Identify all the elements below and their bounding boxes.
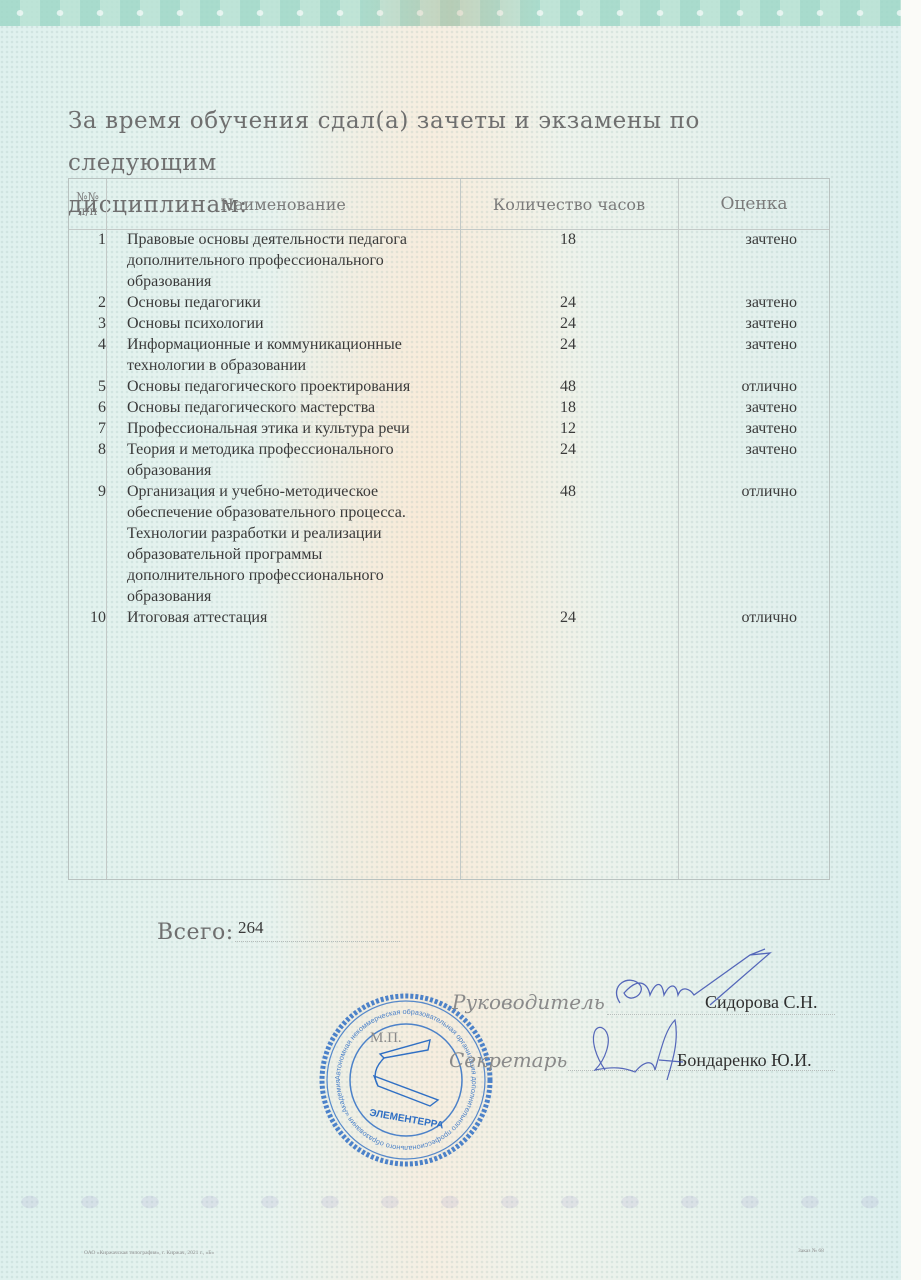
- heading-line-1: За время обучения сдал(а) зачеты и экзам…: [68, 100, 838, 184]
- discipline-grade: зачтено: [649, 397, 801, 418]
- discipline-hours: 18: [451, 397, 649, 418]
- row-number: 9: [69, 481, 106, 607]
- discipline-name: Теория и методика профессиональногообраз…: [106, 439, 451, 481]
- row-number: 5: [69, 376, 106, 397]
- svg-text:ЭЛЕМЕНТЕРРА: ЭЛЕМЕНТЕРРА: [368, 1108, 444, 1132]
- header-number: №№ п/п: [69, 179, 106, 229]
- discipline-hours: 18: [451, 229, 649, 292]
- table-row: 4Информационные и коммуникационныетехнол…: [69, 334, 829, 376]
- table-row: 7Профессиональная этика и культура речи1…: [69, 418, 829, 439]
- discipline-grade: зачтено: [649, 439, 801, 481]
- discipline-hours: 12: [451, 418, 649, 439]
- row-number: 3: [69, 313, 106, 334]
- discipline-hours: 48: [451, 376, 649, 397]
- secretary-name: Бондаренко Ю.И.: [677, 1050, 812, 1071]
- discipline-name: Основы педагогического мастерства: [106, 397, 451, 418]
- header-name: Наименование: [106, 179, 460, 229]
- table-row: 6Основы педагогического мастерства18зачт…: [69, 397, 829, 418]
- discipline-grade: отлично: [649, 376, 801, 397]
- discipline-name: Правовые основы деятельности педагогадоп…: [106, 229, 451, 292]
- table-row: 9Организация и учебно-методическоеобеспе…: [69, 481, 829, 607]
- row-number: 2: [69, 292, 106, 313]
- discipline-grade: зачтено: [649, 292, 801, 313]
- printer-imprint: ОАО «Кирж­ачская типография», г. Киржач,…: [84, 1250, 214, 1256]
- table-header-row: №№ п/п Наименование Количество часов Оце…: [69, 179, 829, 230]
- table-row: 3Основы психологии24зачтено: [69, 313, 829, 334]
- table-row: 5Основы педагогического проектирования48…: [69, 376, 829, 397]
- decorative-top-border: [0, 0, 901, 26]
- discipline-grade: зачтено: [649, 418, 801, 439]
- order-number: Заказ № 68: [798, 1248, 824, 1254]
- discipline-hours: 24: [451, 607, 649, 628]
- discipline-hours: 48: [451, 481, 649, 607]
- discipline-grade: зачтено: [649, 313, 801, 334]
- decorative-watermark: [0, 1190, 901, 1240]
- discipline-grade: зачтено: [649, 334, 801, 376]
- row-number: 7: [69, 418, 106, 439]
- discipline-name: Основы педагогики: [106, 292, 451, 313]
- table-row: 10Итоговая аттестация24отлично: [69, 607, 829, 628]
- secretary-signature-icon: [575, 1010, 695, 1100]
- header-grade: Оценка: [678, 179, 830, 229]
- discipline-grade: отлично: [649, 607, 801, 628]
- discipline-name: Итоговая аттестация: [106, 607, 451, 628]
- table-row: 2Основы педагогики24зачтено: [69, 292, 829, 313]
- discipline-grade: отлично: [649, 481, 801, 607]
- discipline-hours: 24: [451, 313, 649, 334]
- discipline-hours: 24: [451, 439, 649, 481]
- total-hours-value: 264: [235, 918, 400, 942]
- secretary-role-label: Секретарь: [449, 1048, 567, 1072]
- header-hours: Количество часов: [460, 179, 678, 229]
- disciplines-table: №№ п/п Наименование Количество часов Оце…: [68, 178, 830, 880]
- discipline-hours: 24: [451, 334, 649, 376]
- discipline-name: Информационные и коммуникационныетехноло…: [106, 334, 451, 376]
- document-page: За время обучения сдал(а) зачеты и экзам…: [0, 0, 901, 1280]
- row-number: 10: [69, 607, 106, 628]
- row-number: 8: [69, 439, 106, 481]
- table-row: 8Теория и методика профессиональногообра…: [69, 439, 829, 481]
- seal-place-label: М.П.: [370, 1030, 402, 1047]
- table-body: 1Правовые основы деятельности педагогадо…: [69, 229, 829, 628]
- svg-text:Автономная некоммерческая обра: Автономная некоммерческая образовательна…: [318, 992, 479, 1153]
- discipline-hours: 24: [451, 292, 649, 313]
- official-seal-stamp: Автономная некоммерческая образовательна…: [318, 992, 494, 1168]
- discipline-name: Основы психологии: [106, 313, 451, 334]
- discipline-name: Основы педагогического проектирования: [106, 376, 451, 397]
- discipline-name: Профессиональная этика и культура речи: [106, 418, 451, 439]
- row-number: 6: [69, 397, 106, 418]
- discipline-grade: зачтено: [649, 229, 801, 292]
- row-number: 4: [69, 334, 106, 376]
- discipline-name: Организация и учебно-методическоеобеспеч…: [106, 481, 451, 607]
- row-number: 1: [69, 229, 106, 292]
- total-label: Всего:: [157, 920, 234, 945]
- table-row: 1Правовые основы деятельности педагогадо…: [69, 229, 829, 292]
